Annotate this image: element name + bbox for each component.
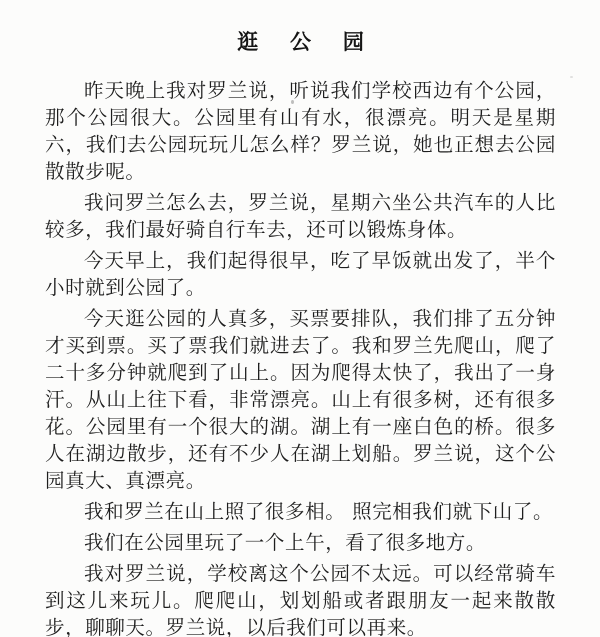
paragraph-3: 今天早上，我们起得很早，吃了早饭就出发了，半个小时就到公园了。 (45, 247, 556, 301)
paragraph-6: 我们在公园里玩了一个上午，看了很多地方。 (45, 529, 556, 556)
paragraph-7: 我对罗兰说，学校离这个公园不太远。可以经常骑车到这儿来玩儿。爬爬山，划划船或者跟… (45, 560, 556, 637)
paragraph-5: 我和罗兰在山上照了很多相。 照完相我们就下山了。 (45, 498, 556, 525)
paragraph-4: 今天逛公园的人真多，买票要排队，我们排了五分钟才买到票。买了票我们就进去了。我和… (45, 305, 556, 494)
paragraph-2: 我问罗兰怎么去，罗兰说，星期六坐公共汽车的人比较多，我们最好骑自行车去，还可以锻… (45, 189, 556, 243)
document-title: 逛 公 园 (45, 26, 556, 56)
scan-speck (291, 100, 294, 104)
document-body: 昨天晚上我对罗兰说，听说我们学校西边有个公园，那个公园很大。公园里有山有水，很漂… (45, 77, 556, 637)
document-page: 逛 公 园 昨天晚上我对罗兰说，听说我们学校西边有个公园，那个公园很大。公园里有… (0, 0, 600, 637)
scan-speck (570, 76, 573, 78)
paragraph-1: 昨天晚上我对罗兰说，听说我们学校西边有个公园，那个公园很大。公园里有山有水，很漂… (45, 77, 556, 185)
